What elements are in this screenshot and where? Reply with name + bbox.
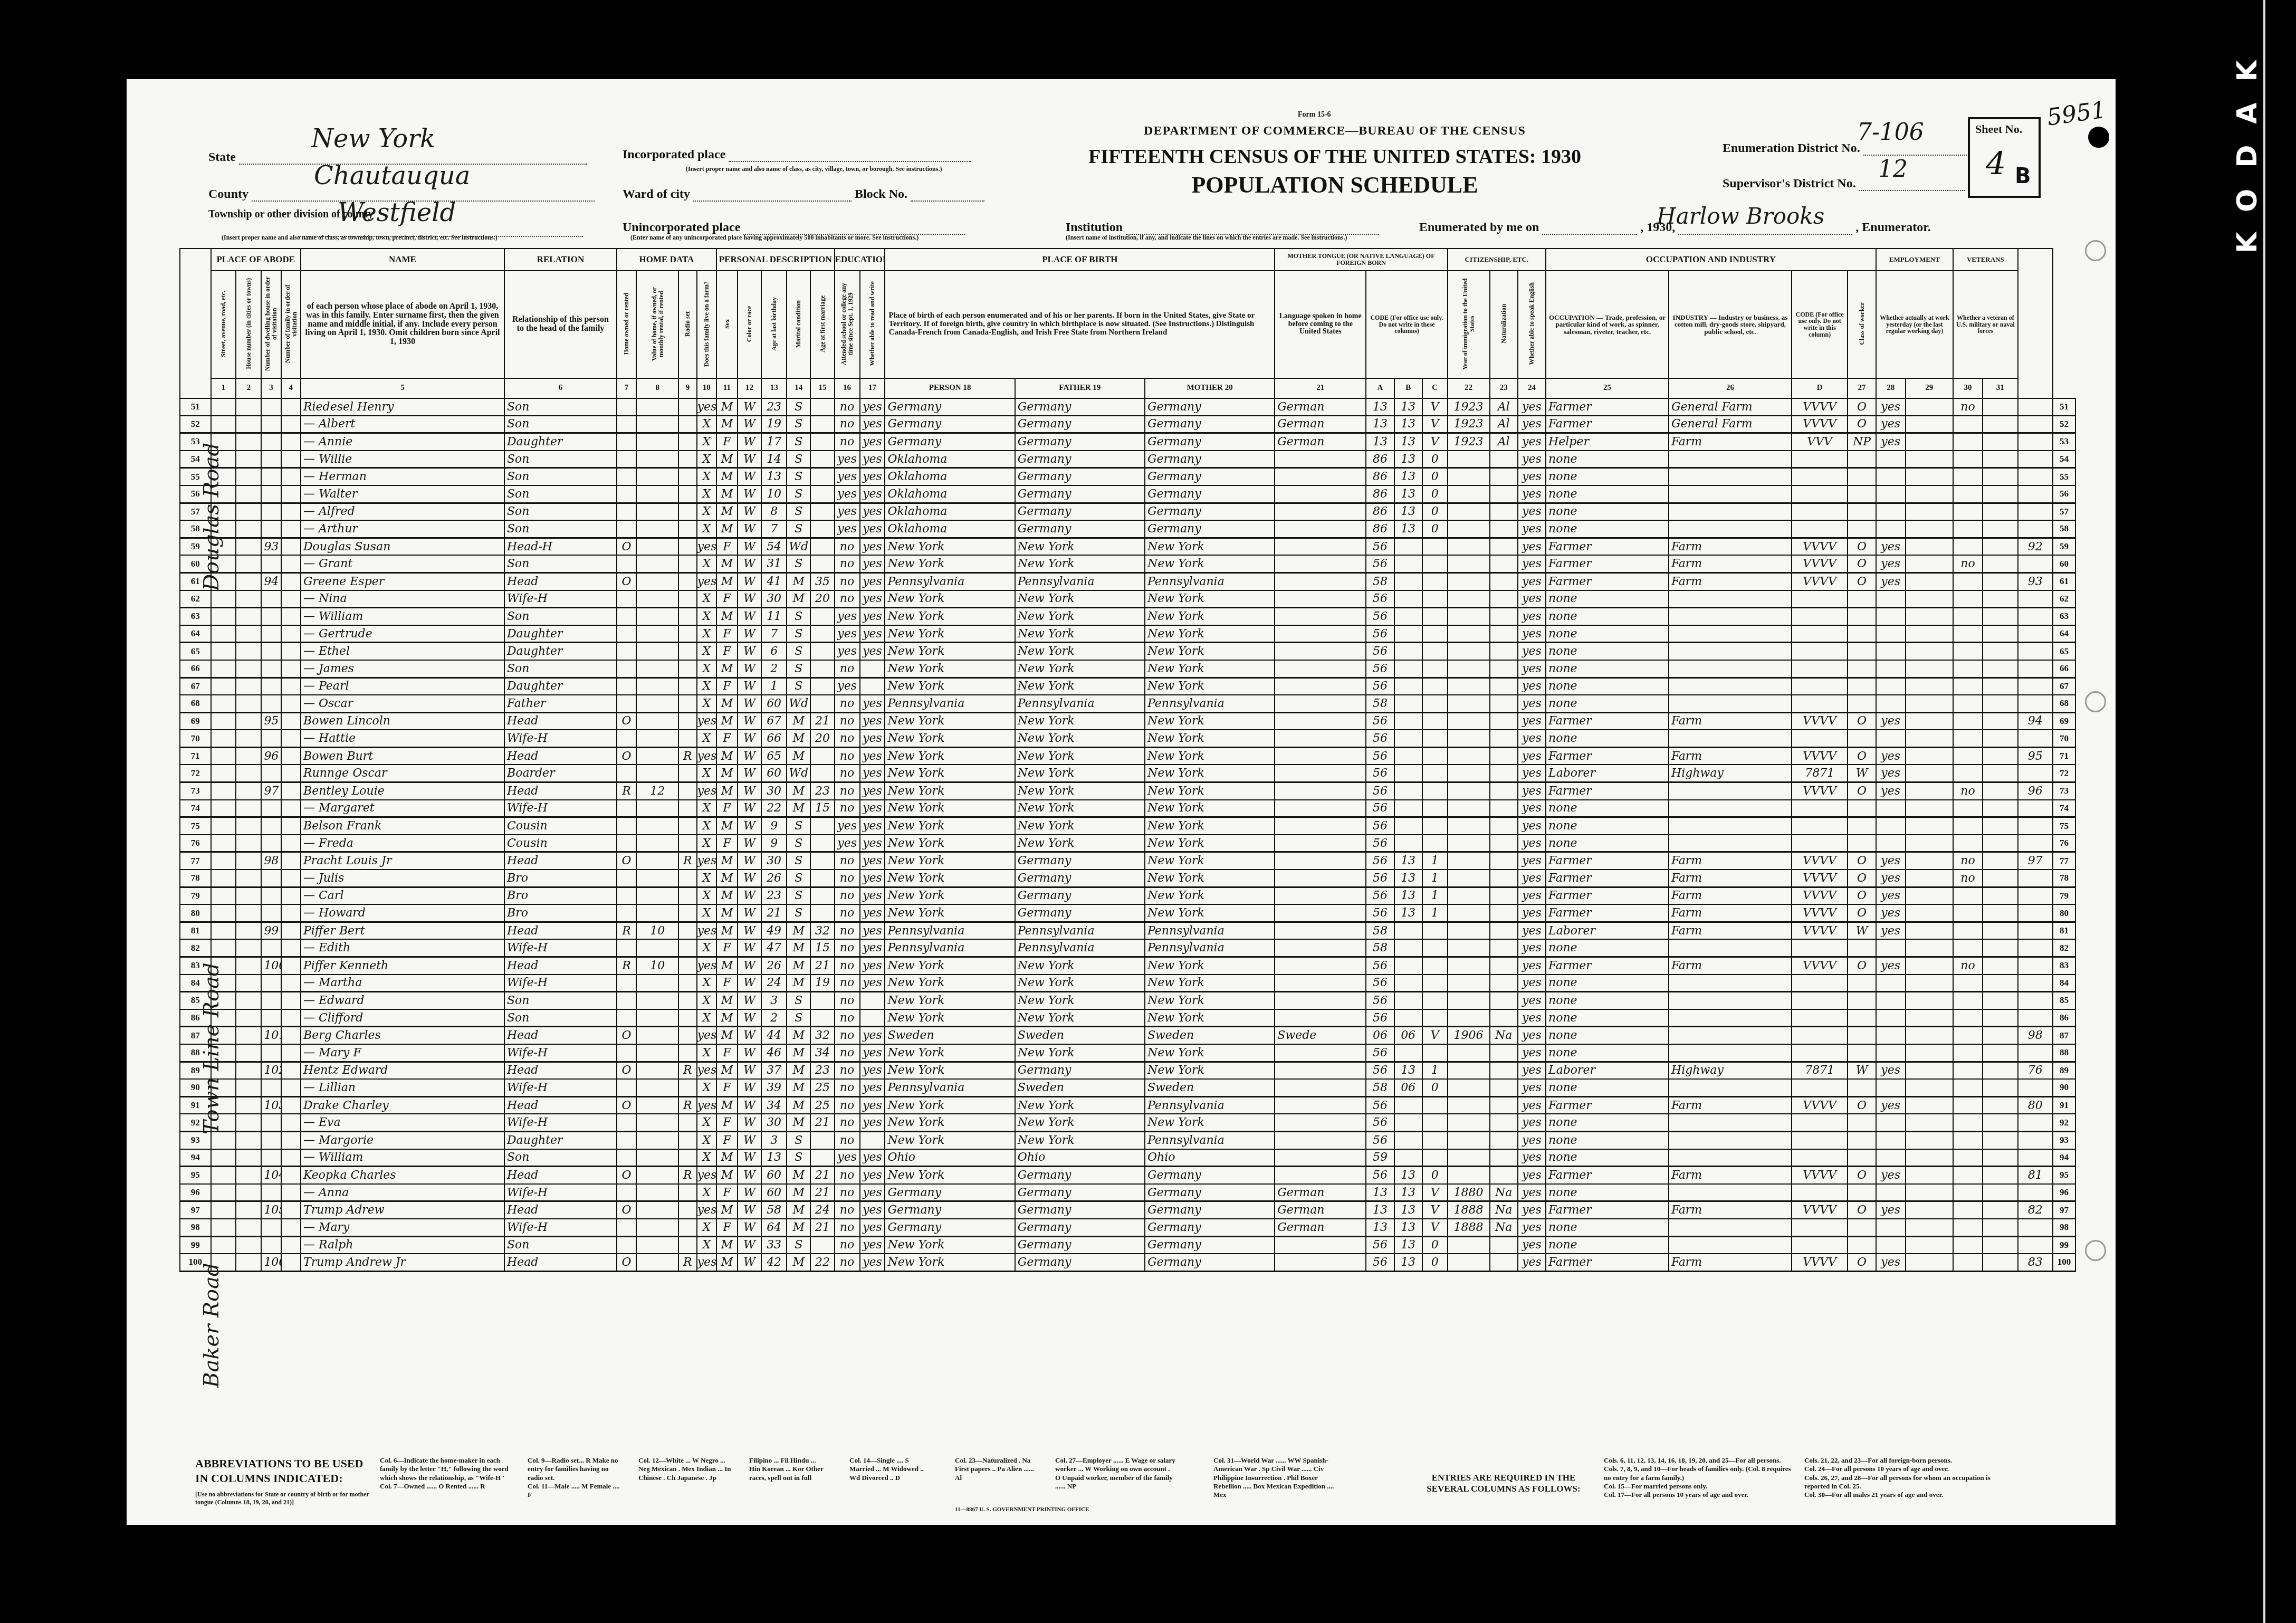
tongue-cell: [1275, 1149, 1366, 1167]
unemp-line-cell: [1906, 625, 1954, 643]
read-cell: yes: [860, 520, 885, 538]
owned-cell: [617, 433, 636, 451]
farm-cell: X: [697, 695, 716, 712]
dwelling-cell: 105: [261, 1201, 281, 1219]
age-married-cell: 21: [810, 1219, 834, 1236]
house-number-cell: [236, 1219, 261, 1236]
naturalization-cell: [1490, 555, 1518, 572]
employed-cell: yes: [1876, 922, 1906, 939]
birth-person-cell: Germany: [885, 416, 1015, 433]
farm-cell: X: [697, 590, 716, 608]
tongue-cell: [1275, 765, 1366, 782]
value-cell: [636, 660, 678, 677]
war-cell: [1983, 695, 2018, 712]
naturalization-cell: [1490, 1062, 1518, 1079]
farm-schedule-cell: [2018, 1009, 2053, 1027]
unemp-line-cell: [1906, 677, 1954, 695]
code-d-cell: [1792, 1009, 1848, 1027]
form-number: Form 15-6: [1298, 111, 1331, 119]
unemp-line-cell: [1906, 782, 1954, 800]
race-cell: W: [738, 608, 761, 625]
code-d-cell: [1792, 975, 1848, 992]
table-row: 55— HermanSonXMW13SyesyesOklahomaGermany…: [180, 468, 2075, 485]
value-cell: [636, 835, 678, 852]
naturalization-cell: [1490, 1167, 1518, 1184]
school-cell: no: [835, 852, 860, 870]
radio-cell: [678, 1009, 697, 1027]
age-cell: 65: [761, 747, 787, 765]
english-cell: yes: [1518, 398, 1546, 416]
unemp-line-cell: [1906, 485, 1954, 503]
veteran-cell: no: [1953, 852, 1983, 870]
immigration-cell: [1448, 782, 1490, 800]
house-number-cell: [236, 677, 261, 695]
relation-cell: Head: [504, 922, 617, 939]
birth-father-cell: Pennsylvania: [1015, 572, 1145, 590]
read-cell: yes: [860, 712, 885, 730]
english-cell: yes: [1518, 1096, 1546, 1114]
industry-cell: Farm: [1669, 433, 1792, 451]
age-married-cell: [810, 747, 834, 765]
farm-cell: yes: [697, 398, 716, 416]
birth-mother-cell: New York: [1145, 852, 1275, 870]
marital-cell: S: [787, 904, 810, 922]
dwelling-cell: 106: [261, 1254, 281, 1271]
english-cell: yes: [1518, 416, 1546, 433]
code-a-cell: 56: [1366, 852, 1394, 870]
marital-cell: M: [787, 1079, 810, 1096]
col-22-header: Year of immigration to the United States: [1448, 271, 1490, 378]
value-cell: [636, 730, 678, 747]
marital-cell: S: [787, 520, 810, 538]
unemp-line-cell: [1906, 1062, 1954, 1079]
owned-cell: [617, 904, 636, 922]
code-b-cell: [1394, 1114, 1422, 1131]
birth-father-cell: Germany: [1015, 1167, 1145, 1184]
naturalization-cell: Al: [1490, 416, 1518, 433]
industry-cell: [1669, 660, 1792, 677]
marital-cell: M: [787, 1027, 810, 1044]
race-cell: W: [738, 1254, 761, 1271]
line-number-right: 73: [2053, 782, 2075, 800]
code-b-cell: 13: [1394, 1236, 1422, 1254]
code-b-cell: [1394, 975, 1422, 992]
read-cell: yes: [860, 870, 885, 887]
immigration-cell: [1448, 468, 1490, 485]
industry-cell: [1669, 590, 1792, 608]
table-row: 5993Douglas SusanHead-HOyesFW54WdnoyesNe…: [180, 538, 2075, 555]
farm-cell: X: [697, 939, 716, 957]
family-cell: [281, 695, 301, 712]
immigration-cell: [1448, 975, 1490, 992]
code-b-cell: [1394, 1149, 1422, 1167]
family-cell: [281, 1044, 301, 1062]
sheet-side: B: [2015, 164, 2031, 188]
farm-cell: X: [697, 887, 716, 904]
employed-cell: [1876, 1044, 1906, 1062]
read-cell: yes: [860, 1062, 885, 1079]
farm-schedule-cell: 81: [2018, 1167, 2053, 1184]
school-cell: no: [835, 747, 860, 765]
dwelling-cell: [261, 1009, 281, 1027]
worker-class-cell: [1848, 1149, 1876, 1167]
house-number-cell: [236, 572, 261, 590]
sex-cell: M: [716, 1201, 738, 1219]
code-b-cell: 06: [1394, 1027, 1422, 1044]
code-c-cell: 0: [1422, 1236, 1448, 1254]
line-number: 70: [180, 730, 211, 747]
birth-father-cell: New York: [1015, 957, 1145, 975]
worker-class-cell: [1848, 677, 1876, 695]
farm-schedule-cell: 98: [2018, 1027, 2053, 1044]
tongue-cell: [1275, 1044, 1366, 1062]
entries-rule: Cols. 21, 22, and 23—For all foreign-bor…: [1804, 1456, 2005, 1465]
veteran-cell: no: [1953, 957, 1983, 975]
table-row: 97105Trump AdrewHeadOyesMW58M24noyesGerm…: [180, 1201, 2075, 1219]
race-cell: W: [738, 904, 761, 922]
veteran-cell: no: [1953, 782, 1983, 800]
race-cell: W: [738, 416, 761, 433]
code-d-cell: [1792, 1079, 1848, 1096]
house-number-cell: [236, 730, 261, 747]
sex-cell: M: [716, 1167, 738, 1184]
school-cell: no: [835, 992, 860, 1009]
table-row: 7397Bentley LouieHeadR12yesMW30M23noyesN…: [180, 782, 2075, 800]
read-cell: yes: [860, 939, 885, 957]
code-a-cell: 56: [1366, 1236, 1394, 1254]
naturalization-cell: [1490, 608, 1518, 625]
entries-rule: Col. 30—For all males 21 years of age an…: [1804, 1491, 2005, 1499]
code-c-cell: 1: [1422, 852, 1448, 870]
radio-cell: [678, 1149, 697, 1167]
birth-person-cell: New York: [885, 992, 1015, 1009]
name-cell: — Clifford: [301, 1009, 504, 1027]
table-row: 96— AnnaWife-HXFW60M21noyesGermanyGerman…: [180, 1184, 2075, 1201]
naturalization-cell: Na: [1490, 1184, 1518, 1201]
occupation-cell: Farmer: [1546, 887, 1669, 904]
code-a-cell: 56: [1366, 747, 1394, 765]
code-a-cell: 13: [1366, 1219, 1394, 1236]
code-b-cell: 13: [1394, 451, 1422, 468]
farm-schedule-cell: [2018, 835, 2053, 852]
owned-cell: [617, 1079, 636, 1096]
code-b-cell: [1394, 939, 1422, 957]
naturalization-cell: [1490, 1079, 1518, 1096]
naturalization-cell: [1490, 1149, 1518, 1167]
unemp-line-cell: [1906, 1096, 1954, 1114]
war-cell: [1983, 730, 2018, 747]
sex-cell: M: [716, 503, 738, 520]
house-number-cell: [236, 817, 261, 835]
house-number-cell: [236, 1131, 261, 1149]
farm-schedule-cell: 80: [2018, 1096, 2053, 1114]
unemp-line-cell: [1906, 712, 1954, 730]
employed-cell: [1876, 1079, 1906, 1096]
name-cell: — Edith: [301, 939, 504, 957]
age-married-cell: 20: [810, 730, 834, 747]
school-cell: no: [835, 1131, 860, 1149]
war-cell: [1983, 1096, 2018, 1114]
name-cell: Piffer Kenneth: [301, 957, 504, 975]
house-number-cell: [236, 852, 261, 870]
code-c-cell: [1422, 939, 1448, 957]
race-cell: W: [738, 800, 761, 817]
marital-cell: S: [787, 643, 810, 660]
code-b-cell: [1394, 1131, 1422, 1149]
english-cell: yes: [1518, 747, 1546, 765]
tongue-cell: [1275, 747, 1366, 765]
english-cell: yes: [1518, 904, 1546, 922]
age-cell: 30: [761, 1114, 787, 1131]
sex-cell: M: [716, 992, 738, 1009]
code-a-cell: 56: [1366, 1044, 1394, 1062]
family-cell: [281, 643, 301, 660]
house-number-cell: [236, 765, 261, 782]
war-cell: [1983, 887, 2018, 904]
birth-person-cell: New York: [885, 870, 1015, 887]
tongue-cell: German: [1275, 1201, 1366, 1219]
unemp-line-cell: [1906, 451, 1954, 468]
occupation-cell: none: [1546, 520, 1669, 538]
code-c-cell: [1422, 695, 1448, 712]
code-d-cell: VVVV: [1792, 538, 1848, 555]
school-cell: no: [835, 1167, 860, 1184]
owned-cell: [617, 1114, 636, 1131]
read-cell: yes: [860, 835, 885, 852]
code-a-cell: 56: [1366, 643, 1394, 660]
tongue-cell: [1275, 887, 1366, 904]
occupation-cell: none: [1546, 1044, 1669, 1062]
family-cell: [281, 1096, 301, 1114]
dwelling-cell: [261, 887, 281, 904]
code-b-cell: 13: [1394, 485, 1422, 503]
radio-cell: [678, 835, 697, 852]
entries-rule: Col. 24—For all persons 10 years of age …: [1804, 1465, 2005, 1473]
employed-cell: yes: [1876, 765, 1906, 782]
worker-class-cell: [1848, 695, 1876, 712]
naturalization-cell: [1490, 1236, 1518, 1254]
relation-cell: Wife-H: [504, 1114, 617, 1131]
race-cell: W: [738, 1062, 761, 1079]
value-cell: [636, 608, 678, 625]
tongue-cell: [1275, 1254, 1366, 1271]
race-cell: W: [738, 817, 761, 835]
unemp-line-cell: [1906, 1114, 1954, 1131]
tongue-cell: [1275, 712, 1366, 730]
farm-cell: X: [697, 817, 716, 835]
name-cell: — Ralph: [301, 1236, 504, 1254]
owned-cell: O: [617, 1096, 636, 1114]
name-cell: Piffer Bert: [301, 922, 504, 939]
radio-cell: R: [678, 852, 697, 870]
value-cell: [636, 1201, 678, 1219]
age-married-cell: [810, 817, 834, 835]
radio-cell: [678, 957, 697, 975]
veteran-cell: [1953, 433, 1983, 451]
farm-cell: X: [697, 1219, 716, 1236]
code-b-cell: [1394, 555, 1422, 572]
industry-cell: [1669, 1236, 1792, 1254]
name-cell: — Annie: [301, 433, 504, 451]
school-cell: no: [835, 730, 860, 747]
occupation-cell: Farmer: [1546, 538, 1669, 555]
employed-cell: [1876, 817, 1906, 835]
table-row: 52— AlbertSonXMW19SnoyesGermanyGermanyGe…: [180, 416, 2075, 433]
age-married-cell: [810, 555, 834, 572]
unemp-line-cell: [1906, 608, 1954, 625]
war-cell: [1983, 782, 2018, 800]
naturalization-cell: [1490, 695, 1518, 712]
read-cell: yes: [860, 643, 885, 660]
radio-cell: [678, 712, 697, 730]
immigration-cell: [1448, 1167, 1490, 1184]
read-cell: [860, 1009, 885, 1027]
tongue-cell: [1275, 975, 1366, 992]
race-cell: W: [738, 468, 761, 485]
code-a-cell: 13: [1366, 433, 1394, 451]
col-13-header: Age at last birthday: [761, 271, 787, 378]
birth-mother-cell: New York: [1145, 625, 1275, 643]
code-c-cell: 0: [1422, 1079, 1448, 1096]
value-cell: [636, 1167, 678, 1184]
farm-cell: X: [697, 451, 716, 468]
code-c-cell: 1: [1422, 904, 1448, 922]
group-relation: RELATION: [504, 249, 617, 271]
occupation-cell: Farmer: [1546, 416, 1669, 433]
veteran-cell: [1953, 451, 1983, 468]
worker-class-cell: O: [1848, 416, 1876, 433]
code-d-cell: VVVV: [1792, 747, 1848, 765]
radio-cell: [678, 992, 697, 1009]
worker-class-cell: [1848, 1236, 1876, 1254]
birth-person-cell: Oklahoma: [885, 468, 1015, 485]
veteran-cell: [1953, 1027, 1983, 1044]
code-d-cell: [1792, 1044, 1848, 1062]
war-cell: [1983, 572, 2018, 590]
employed-cell: yes: [1876, 398, 1906, 416]
war-cell: [1983, 1167, 2018, 1184]
relation-cell: Head: [504, 852, 617, 870]
dwelling-cell: [261, 695, 281, 712]
immigration-cell: [1448, 835, 1490, 852]
marital-cell: Wd: [787, 538, 810, 555]
owned-cell: [617, 1236, 636, 1254]
col-3-header: Number of dwelling house in order of vis…: [261, 271, 281, 378]
col-26-header: INDUSTRY — Industry or business, as cott…: [1669, 271, 1792, 378]
group-mother-tongue: MOTHER TONGUE (OR NATIVE LANGUAGE) OF FO…: [1275, 249, 1447, 271]
english-cell: yes: [1518, 835, 1546, 852]
birth-father-cell: Sweden: [1015, 1027, 1145, 1044]
code-b-cell: [1394, 835, 1422, 852]
code-b-cell: [1394, 660, 1422, 677]
employed-cell: [1876, 1131, 1906, 1149]
worker-class-cell: [1848, 975, 1876, 992]
code-b-cell: [1394, 677, 1422, 695]
occupation-cell: Farmer: [1546, 1096, 1669, 1114]
family-cell: [281, 975, 301, 992]
birth-father-cell: Germany: [1015, 503, 1145, 520]
farm-schedule-cell: [2018, 695, 2053, 712]
english-cell: yes: [1518, 468, 1546, 485]
incorporated-note: (Insert proper name and also name of cla…: [686, 165, 942, 173]
birth-father-cell: New York: [1015, 1009, 1145, 1027]
birth-mother-cell: Sweden: [1145, 1027, 1275, 1044]
age-married-cell: [810, 1236, 834, 1254]
house-number-cell: [236, 922, 261, 939]
age-cell: 3: [761, 992, 787, 1009]
house-number-cell: [236, 1062, 261, 1079]
naturalization-cell: [1490, 957, 1518, 975]
birth-person-cell: New York: [885, 887, 1015, 904]
occupation-cell: none: [1546, 992, 1669, 1009]
dwelling-cell: [261, 416, 281, 433]
war-cell: [1983, 817, 2018, 835]
marital-cell: M: [787, 1219, 810, 1236]
birth-person-cell: New York: [885, 1254, 1015, 1271]
line-number-right: 68: [2053, 695, 2075, 712]
read-cell: yes: [860, 800, 885, 817]
value-cell: [636, 1149, 678, 1167]
abbreviations-title: ABBREVIATIONS TO BE USED IN COLUMNS INDI…: [195, 1456, 369, 1485]
race-cell: W: [738, 1044, 761, 1062]
code-c-cell: 1: [1422, 870, 1448, 887]
code-a-cell: 56: [1366, 1114, 1394, 1131]
immigration-cell: [1448, 660, 1490, 677]
abbreviations-block: ABBREVIATIONS TO BE USED IN COLUMNS INDI…: [195, 1456, 369, 1506]
population-schedule-table: PLACE OF ABODE NAME RELATION HOME DATA P…: [179, 248, 2076, 1272]
worker-class-cell: O: [1848, 555, 1876, 572]
age-cell: 7: [761, 625, 787, 643]
tongue-cell: [1275, 677, 1366, 695]
tongue-cell: German: [1275, 416, 1366, 433]
code-a-cell: 56: [1366, 992, 1394, 1009]
code-a-cell: 56: [1366, 712, 1394, 730]
family-cell: [281, 852, 301, 870]
line-number: 69: [180, 712, 211, 730]
employed-cell: [1876, 800, 1906, 817]
value-cell: [636, 1079, 678, 1096]
naturalization-cell: [1490, 712, 1518, 730]
school-cell: no: [835, 433, 860, 451]
unincorporated-label: Unincorporated place: [623, 221, 740, 234]
house-number-cell: [236, 835, 261, 852]
house-number-cell: [236, 625, 261, 643]
marital-cell: M: [787, 957, 810, 975]
birth-mother-cell: Germany: [1145, 1167, 1275, 1184]
war-cell: [1983, 398, 2018, 416]
col-6-header: Relationship of this person to the head …: [504, 271, 617, 378]
line-number: 63: [180, 608, 211, 625]
immigration-cell: [1448, 485, 1490, 503]
col6-legend: Col. 6—Indicate the home-maker in each f…: [380, 1456, 512, 1482]
birth-person-cell: Germany: [885, 398, 1015, 416]
owned-cell: R: [617, 922, 636, 939]
farm-cell: X: [697, 992, 716, 1009]
birth-person-cell: New York: [885, 1009, 1015, 1027]
farm-schedule-cell: [2018, 817, 2053, 835]
code-d-cell: [1792, 1131, 1848, 1149]
sex-cell: M: [716, 765, 738, 782]
naturalization-cell: Na: [1490, 1201, 1518, 1219]
farm-cell: yes: [697, 1201, 716, 1219]
veteran-cell: [1953, 765, 1983, 782]
family-cell: [281, 555, 301, 572]
table-row: 6995Bowen LincolnHeadOyesMW67M21noyesNew…: [180, 712, 2075, 730]
line-number-right: 66: [2053, 660, 2075, 677]
radio-cell: [678, 695, 697, 712]
farm-schedule-cell: [2018, 1236, 2053, 1254]
employed-cell: [1876, 660, 1906, 677]
